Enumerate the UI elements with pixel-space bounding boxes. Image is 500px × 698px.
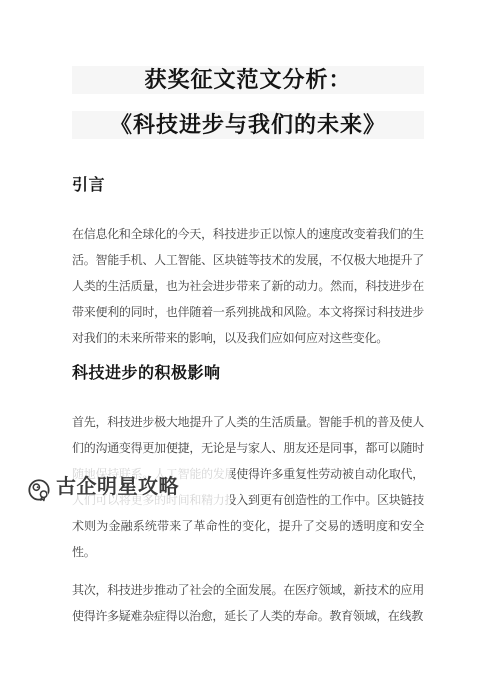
paragraph-positive-impact-1: 首先，科技进步极大地提升了人类的生活质量。智能手机的普及使人们的沟通变得更加便捷… bbox=[72, 409, 424, 565]
document-page: 获奖征文范文分析： 《科技进步与我们的未来》 引言 在信息化和全球化的今天，科技… bbox=[0, 0, 500, 698]
section-heading-intro: 引言 bbox=[72, 175, 424, 197]
document-content: 获奖征文范文分析： 《科技进步与我们的未来》 引言 在信息化和全球化的今天，科技… bbox=[0, 0, 500, 671]
page-title-line2: 《科技进步与我们的未来》 bbox=[72, 111, 424, 139]
page-title-line1: 获奖征文范文分析： bbox=[72, 66, 424, 94]
paragraph-intro: 在信息化和全球化的今天，科技进步正以惊人的速度改变着我们的生活。智能手机、人工智… bbox=[72, 221, 424, 351]
paragraph-positive-impact-2: 其次，科技进步推动了社会的全面发展。在医疗领域，新技术的应用使得许多疑难杂症得以… bbox=[72, 577, 424, 629]
section-heading-positive-impact: 科技进步的积极影响 bbox=[72, 363, 424, 385]
